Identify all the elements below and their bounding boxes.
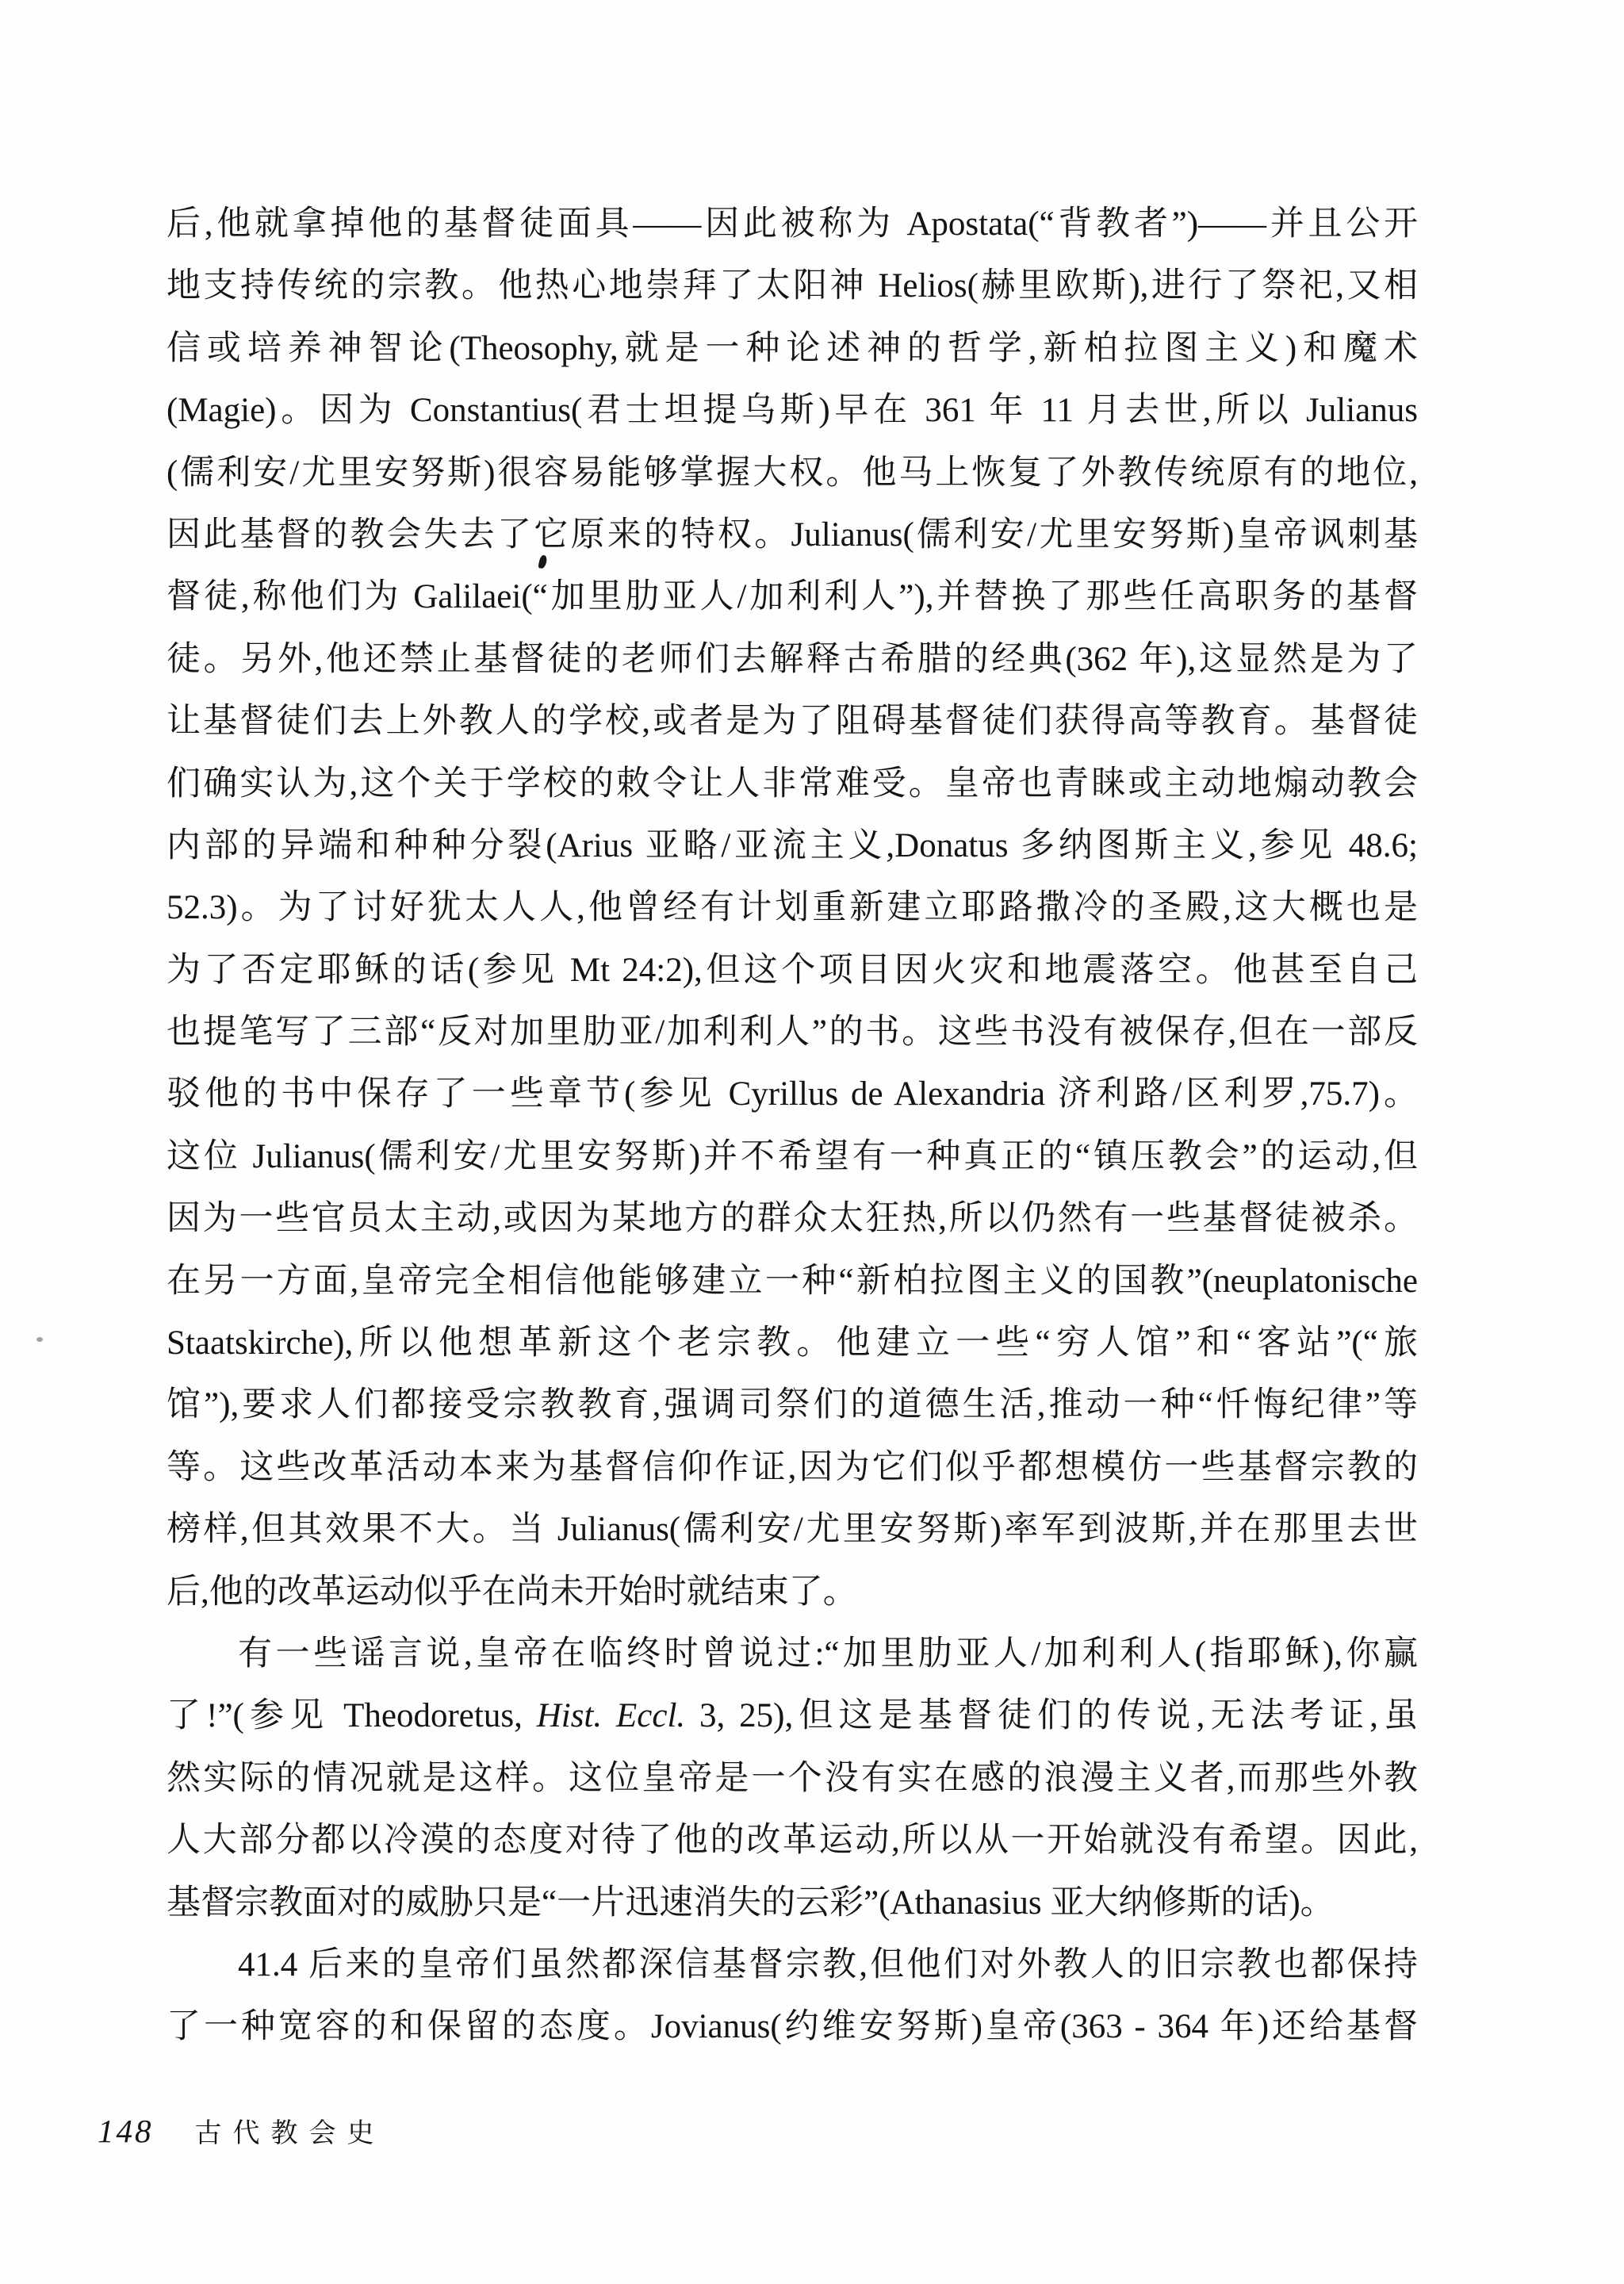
text-line: 督徒,称他们为 Galilaei(“加里肋亚人/加利利人”),并替换了那些任高职… — [167, 566, 1418, 628]
body-text: 后,他就拿掉他的基督徒面具——因此被称为 Apostata(“背教者”)——并且… — [167, 194, 1418, 2059]
italic-citation: Hist. Eccl. — [537, 1697, 685, 1734]
scan-dot-artifact — [36, 1337, 43, 1342]
text-line: 后,他就拿掉他的基督徒面具——因此被称为 Apostata(“背教者”)——并且… — [167, 194, 1418, 255]
text-line: 榜样,但其效果不大。当 Julianus(儒利安/尤里安努斯)率军到波斯,并在那… — [167, 1499, 1418, 1561]
text-line: 因为一些官员太主动,或因为某地方的群众太狂热,所以仍然有一些基督徒被杀。 — [167, 1188, 1418, 1250]
text-line: (Magie)。因为 Constantius(君士坦提乌斯)早在 361 年 1… — [167, 380, 1418, 442]
book-title: 古代教会史 — [195, 2111, 385, 2150]
text-line: 驳他的书中保存了一些章节(参见 Cyrillus de Alexandria 济… — [167, 1063, 1418, 1125]
text-line: 在另一方面,皇帝完全相信他能够建立一种“新柏拉图主义的国教”(neuplaton… — [167, 1251, 1418, 1313]
text-line: 有一些谣言说,皇帝在临终时曾说过:“加里肋亚人/加利利人(指耶稣),你赢 — [167, 1623, 1418, 1685]
page-number: 148 — [98, 2112, 154, 2150]
text-line: 等。这些改革活动本来为基督信仰作证,因为它们似乎都想模仿一些基督宗教的 — [167, 1437, 1418, 1499]
text-line: 基督宗教面对的威胁只是“一片迅速消失的云彩”(Athanasius 亚大纳修斯的… — [167, 1872, 1418, 1934]
text-line: 让基督徒们去上外教人的学校,或者是为了阻碍基督徒们获得高等教育。基督徒 — [167, 691, 1418, 753]
text-line: 内部的异端和种种分裂(Arius 亚略/亚流主义,Donatus 多纳图斯主义,… — [167, 815, 1418, 877]
text-line: 徒。另外,他还禁止基督徒的老师们去解释古希腊的经典(362 年),这显然是为了 — [167, 629, 1418, 691]
text-line: Staatskirche),所以他想革新这个老宗教。他建立一些“穷人馆”和“客站… — [167, 1313, 1418, 1374]
page-footer: 148 古代教会史 — [98, 2111, 385, 2150]
text-line: 信或培养神智论(Theosophy,就是一种论述神的哲学,新柏拉图主义)和魔术 — [167, 318, 1418, 380]
text-line: 也提笔写了三部“反对加里肋亚/加利利人”的书。这些书没有被保存,但在一部反 — [167, 1002, 1418, 1063]
text-run: 了!”(参见 Theodoretus, — [167, 1697, 537, 1734]
text-line: 因此基督的教会失去了它原来的特权。Julianus(儒利安/尤里安努斯)皇帝讽刺… — [167, 504, 1418, 566]
text-line: 这位 Julianus(儒利安/尤里安努斯)并不希望有一种真正的“镇压教会”的运… — [167, 1126, 1418, 1188]
text-line: 了!”(参见 Theodoretus, Hist. Eccl. 3, 25),但… — [167, 1685, 1418, 1747]
text-line: 为了否定耶稣的话(参见 Mt 24:2),但这个项目因火灾和地震落空。他甚至自己 — [167, 940, 1418, 1002]
text-line: 了一种宽容的和保留的态度。Jovianus(约维安努斯)皇帝(363 - 364… — [167, 1996, 1418, 2058]
text-line: 然实际的情况就是这样。这位皇帝是一个没有实在感的浪漫主义者,而那些外教 — [167, 1748, 1418, 1810]
text-line: 馆”),要求人们都接受宗教教育,强调司祭们的道德生活,推动一种“忏悔纪律”等 — [167, 1374, 1418, 1436]
text-line: 人大部分都以冷漠的态度对待了他的改革运动,所以从一开始就没有希望。因此, — [167, 1810, 1418, 1872]
text-run: 3, 25),但这是基督徒们的传说,无法考证,虽 — [685, 1697, 1418, 1734]
text-line: 41.4 后来的皇帝们虽然都深信基督宗教,但他们对外教人的旧宗教也都保持 — [167, 1934, 1418, 1996]
text-line: 后,他的改革运动似乎在尚未开始时就结束了。 — [167, 1562, 1418, 1623]
text-line: 们确实认为,这个关于学校的敕令让人非常难受。皇帝也青睐或主动地煽动教会 — [167, 753, 1418, 815]
text-line: (儒利安/尤里安努斯)很容易能够掌握大权。他马上恢复了外教传统原有的地位, — [167, 443, 1418, 504]
text-line: 52.3)。为了讨好犹太人人,他曾经有计划重新建立耶路撒冷的圣殿,这大概也是 — [167, 877, 1418, 939]
book-page: 后,他就拿掉他的基督徒面具——因此被称为 Apostata(“背教者”)——并且… — [0, 0, 1624, 2284]
text-line: 地支持传统的宗教。他热心地崇拜了太阳神 Helios(赫里欧斯),进行了祭祀,又… — [167, 255, 1418, 317]
